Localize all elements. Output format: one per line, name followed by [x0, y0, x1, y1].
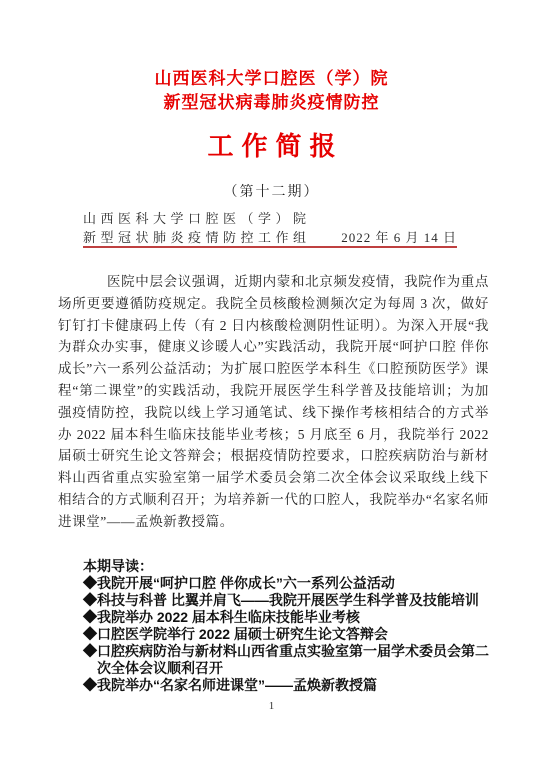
- digest-item-text: 我院开展“呵护口腔 伴你成长”六一系列公益活动: [97, 575, 395, 591]
- digest-item-text: 科技与科普 比翼并肩飞——我院开展医学生科学普及技能培训: [97, 592, 479, 608]
- org-title-line2: 新型冠状病毒肺炎疫情防控: [0, 91, 543, 115]
- issuer-row2: 新型冠状肺炎疫情防控工作组 2022 年 6 月 14 日: [83, 228, 457, 247]
- org-title-line1: 山西医科大学口腔医（学）院: [0, 67, 543, 91]
- document-header: 山西医科大学口腔医（学）院 新型冠状病毒肺炎疫情防控: [0, 67, 543, 115]
- issue-number: （第十二期）: [0, 184, 543, 201]
- bulletin-title: 工作简报: [0, 131, 543, 161]
- digest-heading: 本期导读：: [83, 558, 493, 575]
- body-paragraph: 医院中层会议强调，近期内蒙和北京频发疫情，我院作为重点场所更要遵循防疫规定。我院…: [58, 271, 489, 533]
- issue-date: 2022 年 6 月 14 日: [341, 228, 457, 247]
- bullet-diamond-icon: ◆: [83, 592, 97, 608]
- digest-item-2: ◆科技与科普 比翼并肩飞——我院开展医学生科学普及技能培训: [83, 592, 493, 609]
- digest-item-6: ◆我院举办“名家名师进课堂”——孟焕新教授篇: [83, 677, 493, 694]
- bullet-diamond-icon: ◆: [83, 643, 97, 659]
- digest-section: 本期导读： ◆我院开展“呵护口腔 伴你成长”六一系列公益活动 ◆科技与科普 比翼…: [83, 558, 493, 694]
- bullet-diamond-icon: ◆: [83, 609, 97, 625]
- digest-item-text: 口腔医学院举行 2022 届硕士研究生论文答辩会: [97, 626, 388, 642]
- bullet-diamond-icon: ◆: [83, 626, 97, 642]
- digest-item-text: 我院举办“名家名师进课堂”——孟焕新教授篇: [97, 677, 377, 693]
- header-divider: [83, 246, 457, 248]
- bullet-diamond-icon: ◆: [83, 677, 97, 693]
- issuer-line1: 山西医科大学口腔医（学）院: [83, 209, 457, 228]
- digest-item-text: 我院举办 2022 届本科生临床技能毕业考核: [97, 609, 360, 625]
- issuer-block: 山西医科大学口腔医（学）院 新型冠状肺炎疫情防控工作组 2022 年 6 月 1…: [83, 209, 457, 247]
- digest-item-3: ◆我院举办 2022 届本科生临床技能毕业考核: [83, 609, 493, 626]
- bullet-diamond-icon: ◆: [83, 575, 97, 591]
- page-number: 1: [0, 700, 543, 713]
- issuer-line2: 新型冠状肺炎疫情防控工作组: [83, 228, 311, 247]
- bulletin-page: 山西医科大学口腔医（学）院 新型冠状病毒肺炎疫情防控 工作简报 （第十二期） 山…: [0, 0, 543, 768]
- digest-item-5: ◆口腔疾病防治与新材料山西省重点实验室第一届学术委员会第二次全体会议顺利召开: [83, 643, 493, 677]
- digest-item-1: ◆我院开展“呵护口腔 伴你成长”六一系列公益活动: [83, 575, 493, 592]
- digest-item-4: ◆口腔医学院举行 2022 届硕士研究生论文答辩会: [83, 626, 493, 643]
- digest-item-text: 口腔疾病防治与新材料山西省重点实验室第一届学术委员会第二次全体会议顺利召开: [97, 643, 489, 676]
